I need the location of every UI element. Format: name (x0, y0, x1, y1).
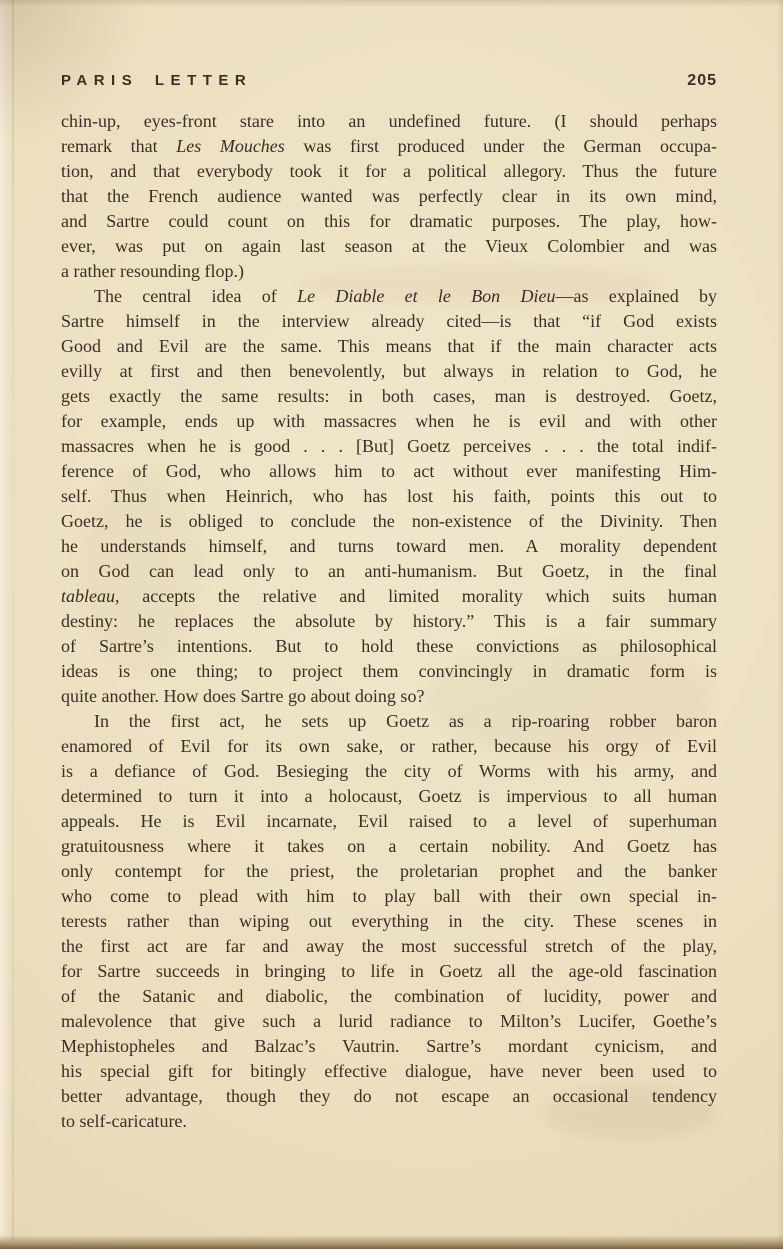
text-line: determined to turn it into a holocaust, … (61, 784, 717, 809)
text-run: Mephistopheles and Balzac’s Vautrin. Sar… (61, 1036, 717, 1056)
text-line: a rather resounding flop.) (61, 259, 717, 284)
text-run: In the first act, he sets up Goetz as a … (94, 711, 717, 731)
text-run: , accepts the relative and limited moral… (115, 586, 717, 606)
text-line: self. Thus when Heinrich, who has lost h… (61, 484, 717, 509)
text-line: ference of God, who allows him to act wi… (61, 459, 717, 484)
text-line: Mephistopheles and Balzac’s Vautrin. Sar… (61, 1034, 717, 1059)
page-number: 205 (687, 72, 717, 90)
text-run: malevolence that give such a lurid radia… (61, 1011, 717, 1031)
text-run: a rather resounding flop.) (61, 261, 244, 281)
text-run: was first produced under the German occu… (285, 136, 717, 156)
text-line: is a defiance of God. Besieging the city… (61, 759, 717, 784)
text-line: terests rather than wiping out everythin… (61, 909, 717, 934)
text-line: who come to plead with him to play ball … (61, 884, 717, 909)
text-run: chin-up, eyes-front stare into an undefi… (61, 111, 717, 131)
text-line: destiny: he replaces the absolute by his… (61, 609, 717, 634)
text-run: Sartre himself in the interview already … (61, 311, 717, 331)
text-run: who come to plead with him to play ball … (61, 886, 717, 906)
text-line: malevolence that give such a lurid radia… (61, 1009, 717, 1034)
text-run: determined to turn it into a holocaust, … (61, 786, 717, 806)
text-line: quite another. How does Sartre go about … (61, 684, 717, 709)
text-run: better advantage, though they do not esc… (61, 1086, 717, 1106)
page-top-edge-shadow (0, 0, 783, 7)
paragraph: The central idea of Le Diable et le Bon … (61, 284, 717, 709)
text-run: and Sartre could count on this for drama… (61, 211, 717, 231)
text-line: tableau, accepts the relative and limite… (61, 584, 717, 609)
italic-text-run: Le Diable et le Bon Dieu (297, 286, 555, 306)
text-run: appeals. He is Evil incarnate, Evil rais… (61, 811, 717, 831)
text-line: on God can lead only to an anti-humanism… (61, 559, 717, 584)
text-line: that the French audience wanted was perf… (61, 184, 717, 209)
text-run: of Sartre’s intentions. But to hold thes… (61, 636, 717, 656)
text-run: enamored of Evil for its own sake, or ra… (61, 736, 717, 756)
body-text-column: chin-up, eyes-front stare into an undefi… (61, 109, 717, 1134)
running-head: PARIS LETTER 205 (61, 72, 717, 90)
text-run: evilly at first and then benevolently, b… (61, 361, 717, 381)
text-run: that the French audience wanted was perf… (61, 186, 717, 206)
paragraph: chin-up, eyes-front stare into an undefi… (61, 109, 717, 284)
text-line: gratuitousness where it takes on a certa… (61, 834, 717, 859)
text-run: terests rather than wiping out everythin… (61, 911, 717, 931)
text-run: for example, ends up with massacres when… (61, 411, 717, 431)
text-line: Sartre himself in the interview already … (61, 309, 717, 334)
text-run: Good and Evil are the same. This means t… (61, 336, 717, 356)
text-line: ideas is one thing; to project them conv… (61, 659, 717, 684)
text-run: on God can lead only to an anti-humanism… (61, 561, 717, 581)
text-run: destiny: he replaces the absolute by his… (61, 611, 717, 631)
text-line: of the Satanic and diabolic, the combina… (61, 984, 717, 1009)
text-run: massacres when he is good . . . [But] Go… (61, 436, 717, 456)
text-line: Goetz, he is obliged to conclude the non… (61, 509, 717, 534)
book-page: PARIS LETTER 205 chin-up, eyes-front sta… (0, 0, 783, 1249)
text-run: remark that (61, 136, 176, 156)
text-line: gets exactly the same results: in both c… (61, 384, 717, 409)
text-line: evilly at first and then benevolently, b… (61, 359, 717, 384)
text-run: gratuitousness where it takes on a certa… (61, 836, 717, 856)
text-run: only contempt for the priest, the prolet… (61, 861, 717, 881)
text-line: In the first act, he sets up Goetz as a … (61, 709, 717, 734)
text-line: tion, and that everybody took it for a p… (61, 159, 717, 184)
text-run: ideas is one thing; to project them conv… (61, 661, 717, 681)
text-line: The central idea of Le Diable et le Bon … (61, 284, 717, 309)
text-run: his special gift for bitingly effective … (61, 1061, 717, 1081)
italic-text-run: tableau (61, 586, 115, 606)
text-line: only contempt for the priest, the prolet… (61, 859, 717, 884)
text-run: to self-caricature. (61, 1111, 187, 1131)
running-head-title: PARIS LETTER (61, 72, 252, 89)
italic-text-run: Les Mouches (176, 136, 285, 156)
text-run: of the Satanic and diabolic, the combina… (61, 986, 717, 1006)
page-left-crease (12, 0, 14, 1249)
text-run: the first act are far and away the most … (61, 936, 717, 956)
text-run: gets exactly the same results: in both c… (61, 386, 717, 406)
text-line: the first act are far and away the most … (61, 934, 717, 959)
text-line: he understands himself, and turns toward… (61, 534, 717, 559)
text-run: quite another. How does Sartre go about … (61, 686, 424, 706)
text-run: ference of God, who allows him to act wi… (61, 461, 717, 481)
text-run: self. Thus when Heinrich, who has lost h… (61, 486, 717, 506)
text-line: and Sartre could count on this for drama… (61, 209, 717, 234)
text-line: of Sartre’s intentions. But to hold thes… (61, 634, 717, 659)
text-line: better advantage, though they do not esc… (61, 1084, 717, 1109)
text-line: to self-caricature. (61, 1109, 717, 1134)
text-line: enamored of Evil for its own sake, or ra… (61, 734, 717, 759)
text-line: appeals. He is Evil incarnate, Evil rais… (61, 809, 717, 834)
text-line: for Sartre succeeds in bringing to life … (61, 959, 717, 984)
text-line: Good and Evil are the same. This means t… (61, 334, 717, 359)
text-line: chin-up, eyes-front stare into an undefi… (61, 109, 717, 134)
text-line: ever, was put on again last season at th… (61, 234, 717, 259)
paragraph: In the first act, he sets up Goetz as a … (61, 709, 717, 1134)
text-run: is a defiance of God. Besieging the city… (61, 761, 717, 781)
text-run: tion, and that everybody took it for a p… (61, 161, 717, 181)
text-run: ever, was put on again last season at th… (61, 236, 717, 256)
page-bottom-edge (0, 1235, 783, 1249)
text-run: he understands himself, and turns toward… (61, 536, 717, 556)
text-run: Goetz, he is obliged to conclude the non… (61, 511, 717, 531)
text-line: remark that Les Mouches was first produc… (61, 134, 717, 159)
text-run: —as explained by (555, 286, 717, 306)
text-line: massacres when he is good . . . [But] Go… (61, 434, 717, 459)
text-line: for example, ends up with massacres when… (61, 409, 717, 434)
text-run: The central idea of (94, 286, 297, 306)
page-left-edge-highlight (0, 0, 11, 1249)
text-line: his special gift for bitingly effective … (61, 1059, 717, 1084)
page-right-edge-shadow (777, 0, 783, 1249)
text-run: for Sartre succeeds in bringing to life … (61, 961, 717, 981)
